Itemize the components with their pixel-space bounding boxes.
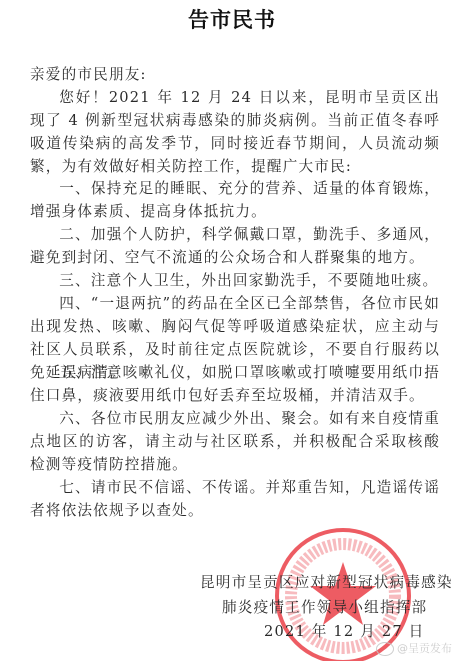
salutation: 亲爱的市民朋友:	[30, 63, 440, 86]
document-title: 告市民书	[0, 4, 464, 34]
watermark-text: @呈贡发布	[397, 642, 452, 655]
item-1: 一、保持充足的睡眠、充分的营养、适量的体育锻炼，增强身体素质、提高身体抵抗力。	[30, 177, 440, 223]
signature-date: 2021 年 12 月 27 日	[264, 620, 424, 641]
notice-page: 告市民书 亲爱的市民朋友: 您好！2021 年 12 月 24 日以来，昆明市呈…	[0, 0, 464, 661]
item-2: 二、加强个人防护，科学佩戴口罩，勤洗手、多通风，避免到封闭、空气不流通的公众场合…	[30, 223, 440, 269]
watermark: @呈贡发布	[376, 640, 452, 656]
intro-paragraph: 您好！2021 年 12 月 24 日以来，昆明市呈贡区出现了 4 例新型冠状病…	[30, 86, 440, 178]
item-3: 三、注意个人卫生，外出回家勤洗手，不要随地吐痰。	[30, 269, 440, 292]
weibo-logo-icon	[376, 642, 394, 656]
signature-org-line1: 昆明市呈贡区应对新型冠状病毒感染	[200, 571, 453, 592]
item-6: 六、各位市民朋友应减少外出、聚会。如有来自疫情重点地区的访客，请主动与社区联系，…	[30, 407, 440, 476]
item-5: 五、注意咳嗽礼仪，如脱口罩咳嗽或打喷嚏要用纸巾捂住口鼻，痰液要用纸巾包好丢弃至垃…	[30, 361, 440, 407]
signature-org-line2: 肺炎疫情工作领导小组指挥部	[222, 596, 427, 617]
item-7: 七、请市民不信谣、不传谣。并郑重告知，凡造谣传谣者将依法依规予以查处。	[30, 476, 440, 522]
